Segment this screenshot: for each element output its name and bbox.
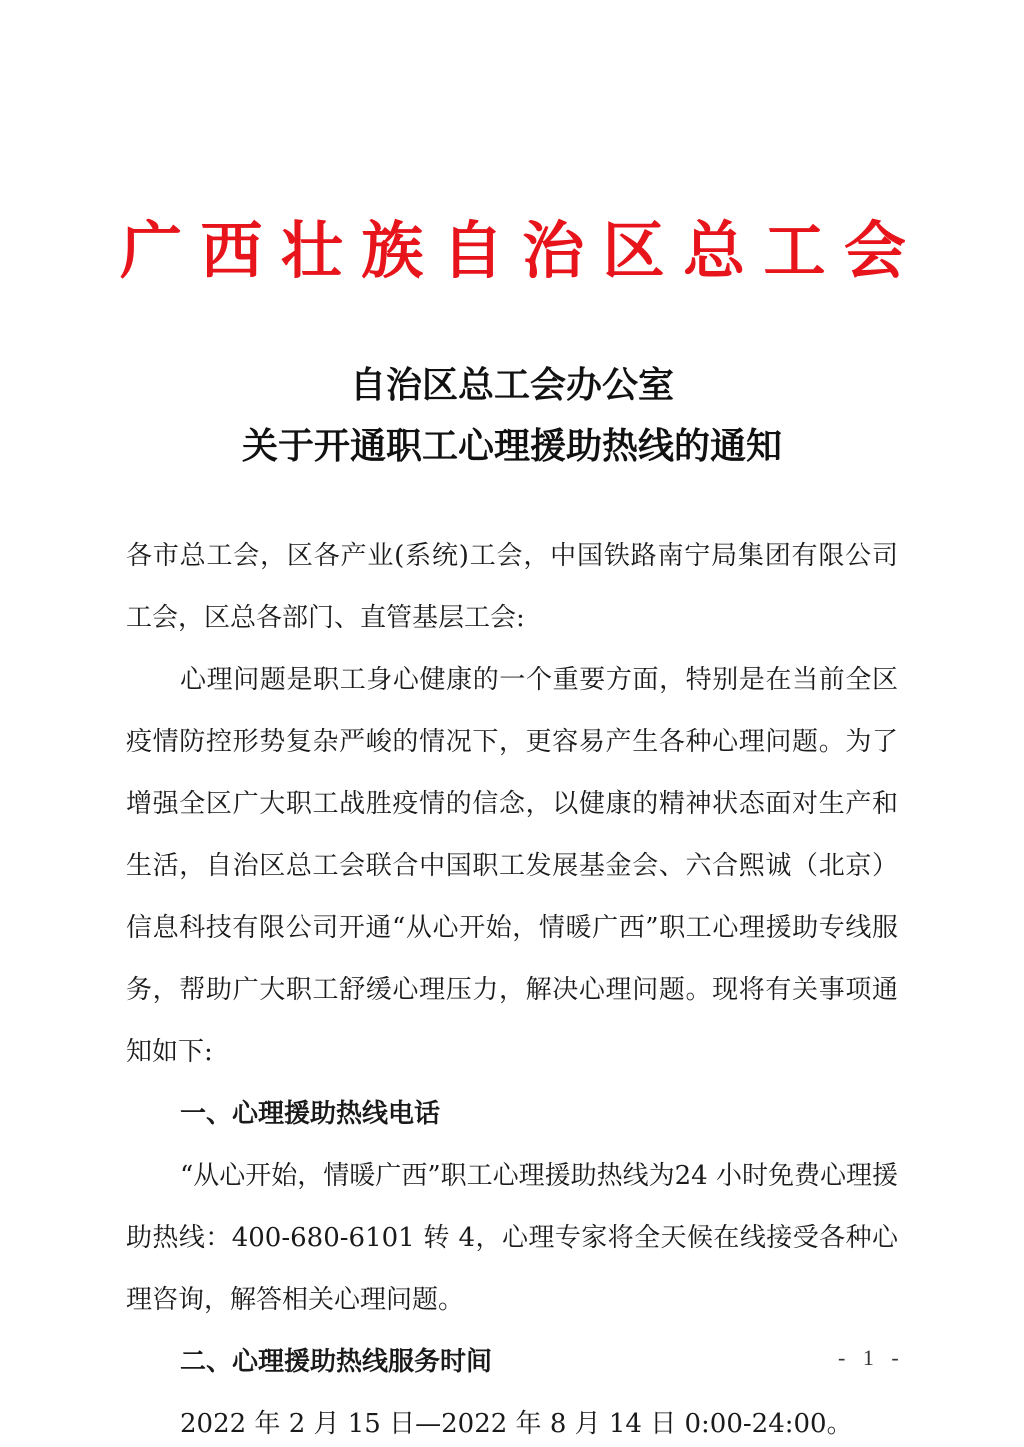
section1-heading: 一、心理援助热线电话 <box>126 1083 898 1145</box>
masthead-char: 壮 <box>279 201 345 290</box>
masthead-char: 西 <box>198 201 264 290</box>
masthead-char: 治 <box>520 201 586 290</box>
section2-paragraph: 2022 年 2 月 15 日—2022 年 8 月 14 日 0:00-24:… <box>126 1393 898 1447</box>
masthead-char: 族 <box>359 201 425 290</box>
section2-heading: 二、心理援助热线服务时间 <box>126 1331 898 1393</box>
document-body: 各市总工会，区各产业(系统)工会，中国铁路南宁局集团有限公司工会，区总各部门、直… <box>126 525 898 1447</box>
section1-paragraph: “从心开始，情暖广西”职工心理援助热线为24 小时免费心理援助热线：400-68… <box>126 1145 898 1331</box>
masthead-char: 区 <box>601 201 667 290</box>
masthead-org-name: 广 西 壮 族 自 治 区 总 工 会 <box>118 205 908 285</box>
masthead-char: 总 <box>681 201 747 290</box>
page-number: - 1 - <box>838 1345 905 1371</box>
document-title-line1: 自治区总工会办公室 <box>0 357 1024 408</box>
masthead-char: 会 <box>842 201 908 290</box>
intro-paragraph: 心理问题是职工身心健康的一个重要方面，特别是在当前全区疫情防控形势复杂严峻的情况… <box>126 649 898 1083</box>
salutation: 各市总工会，区各产业(系统)工会，中国铁路南宁局集团有限公司工会，区总各部门、直… <box>126 525 898 649</box>
masthead-char: 自 <box>440 201 506 290</box>
masthead-char: 工 <box>762 201 828 290</box>
document-title-line2: 关于开通职工心理援助热线的通知 <box>0 418 1024 469</box>
masthead-char: 广 <box>118 201 184 290</box>
